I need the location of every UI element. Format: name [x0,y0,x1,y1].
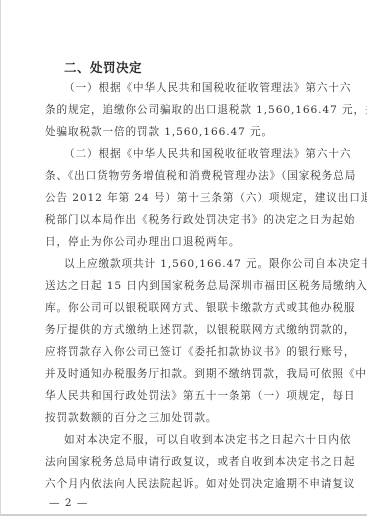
paragraph-line: 并及时通知办税服务厅扣款。到期不缴纳罚款，我局可依照《中 [45,367,313,381]
paragraph-line: 公告 2012 年第 24 号）第十三条第（六）项规定，建议出口退 [45,191,313,205]
paragraph-line: 六个月内依法向人民法院起诉。如对处罚决定逾期不申请复议 [45,477,313,491]
paragraph-line: 按罚款数额的百分之三加处罚款。 [45,411,313,425]
paragraph-line: 华人民共和国行政处罚法》第五十一条第（一）项规定，每日 [45,389,313,403]
section-heading: 二、处罚决定 [64,58,142,76]
paragraph-line: （二）根据《中华人民共和国税收征收管理法》第六十六 [64,147,313,161]
page-number: — 2 — [49,497,88,509]
paragraph-line: 处骗取税款一倍的罚款 1,560,166.47 元。 [45,125,313,139]
paragraph-line: 以上应缴款项共计 1,560,166.47 元。限你公司自本决定书 [64,257,313,271]
paragraph-line: 条、《出口货物劳务增值税和消费税管理办法》（国家税务总局 [45,169,313,183]
paragraph-line: 税部门以本局作出《税务行政处罚决定书》的决定之日为起始 [45,213,313,227]
paragraph-line: 送达之日起 15 日内到国家税务总局深圳市福田区税务局缴纳入 [45,279,313,293]
paragraph-line: 条的规定，追缴你公司骗取的出口退税款 1,560,166.47 元，并 [45,103,313,117]
paragraph-line: （一）根据《中华人民共和国税收征收管理法》第六十六 [64,81,313,95]
paragraph-line: 应将罚款存入你公司已签订《委托扣款协议书》的银行账号， [45,345,313,359]
paragraph-line: 法向国家税务总局申请行政复议，或者自收到本决定书之日起 [45,455,313,469]
paragraph-line: 日，停止为你公司办理出口退税两年。 [45,235,313,249]
paragraph-line: 务厅提供的方式缴纳上述罚款，以银税联网方式缴纳罚款的， [45,323,313,337]
paragraph-line: 如对本决定不服，可以自收到本决定书之日起六十日内依 [64,433,313,447]
paragraph-line: 库。你公司可以银税联网方式、银联卡缴款方式或其他办税服 [45,301,313,315]
document-page: 二、处罚决定 （一）根据《中华人民共和国税收征收管理法》第六十六 条的规定，追缴… [0,0,367,516]
